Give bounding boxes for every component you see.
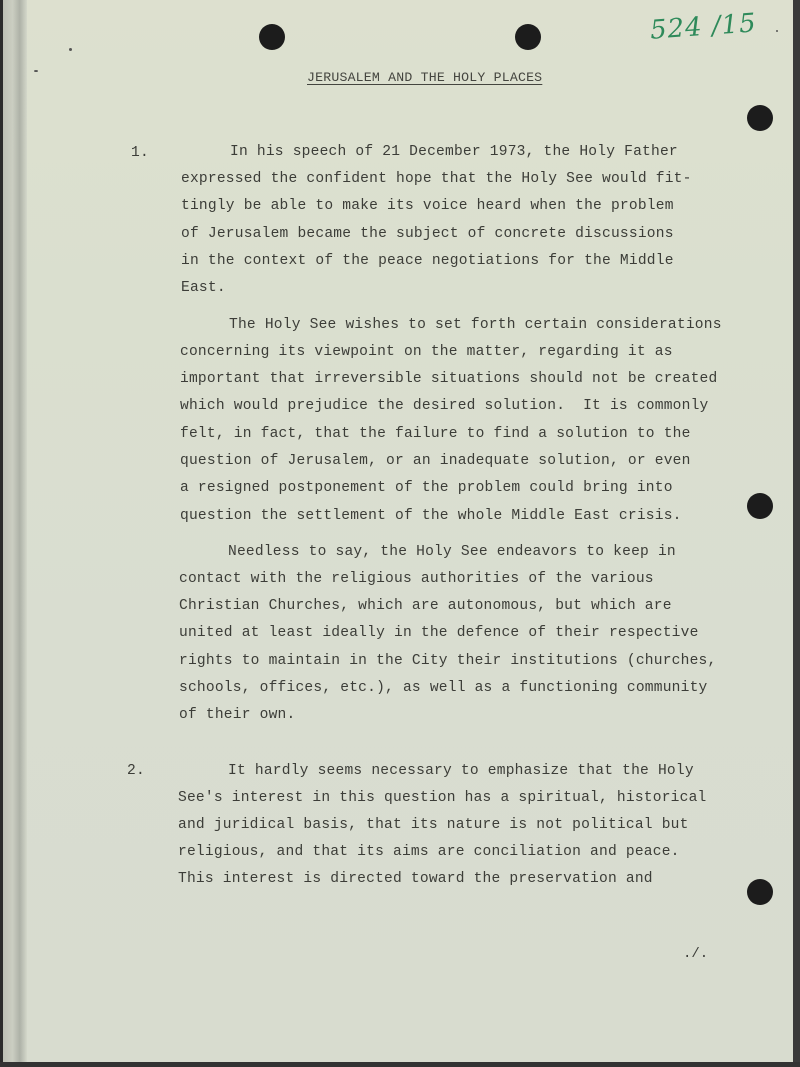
text-line: in the context of the peace negotiations… <box>181 248 674 275</box>
text-line: This interest is directed toward the pre… <box>178 866 653 893</box>
dust-speck <box>69 48 72 51</box>
text-line: rights to maintain in the City their ins… <box>179 648 716 675</box>
text-line: concerning its viewpoint on the matter, … <box>180 339 673 366</box>
text-line: In his speech of 21 December 1973, the H… <box>230 139 678 166</box>
continuation-mark: ./. <box>683 946 708 962</box>
text-line: The Holy See wishes to set forth certain… <box>229 312 722 339</box>
text-line: and juridical basis, that its nature is … <box>178 812 689 839</box>
text-line: question the settlement of the whole Mid… <box>180 503 682 530</box>
punch-hole-icon <box>747 105 773 131</box>
text-line: See's interest in this question has a sp… <box>178 785 707 812</box>
punch-hole-icon <box>259 24 285 50</box>
text-line: contact with the religious authorities o… <box>179 566 654 593</box>
page-edge-bottom <box>0 1062 800 1067</box>
text-line: of their own. <box>179 702 295 729</box>
dust-speck <box>34 70 38 72</box>
text-line: question of Jerusalem, or an inadequate … <box>180 448 691 475</box>
punch-hole-icon <box>747 493 773 519</box>
document-title: JERUSALEM AND THE HOLY PLACES <box>307 70 542 85</box>
section-number: 1. <box>131 140 149 167</box>
text-line: schools, offices, etc.), as well as a fu… <box>179 675 708 702</box>
scanned-document: 524 /15 JERUSALEM AND THE HOLY PLACES 1.… <box>0 0 800 1067</box>
text-line: Needless to say, the Holy See endeavors … <box>228 539 676 566</box>
page-edge-right <box>793 0 800 1067</box>
text-line: of Jerusalem became the subject of concr… <box>181 221 674 248</box>
text-line: religious, and that its aims are concili… <box>178 839 680 866</box>
text-line: a resigned postponement of the problem c… <box>180 475 673 502</box>
text-line: important that irreversible situations s… <box>180 366 717 393</box>
text-line: Christian Churches, which are autonomous… <box>179 593 672 620</box>
text-line: felt, in fact, that the failure to find … <box>180 421 691 448</box>
text-line: which would prejudice the desired soluti… <box>180 393 709 420</box>
text-line: expressed the confident hope that the Ho… <box>181 166 692 193</box>
punch-hole-icon <box>747 879 773 905</box>
text-line: united at least ideally in the defence o… <box>179 620 699 647</box>
dust-speck <box>776 30 778 32</box>
binding-shadow <box>3 0 27 1062</box>
text-line: tingly be able to make its voice heard w… <box>181 193 674 220</box>
text-line: It hardly seems necessary to emphasize t… <box>228 758 694 785</box>
text-line: East. <box>181 275 226 302</box>
section-number: 2. <box>127 758 145 785</box>
punch-hole-icon <box>515 24 541 50</box>
